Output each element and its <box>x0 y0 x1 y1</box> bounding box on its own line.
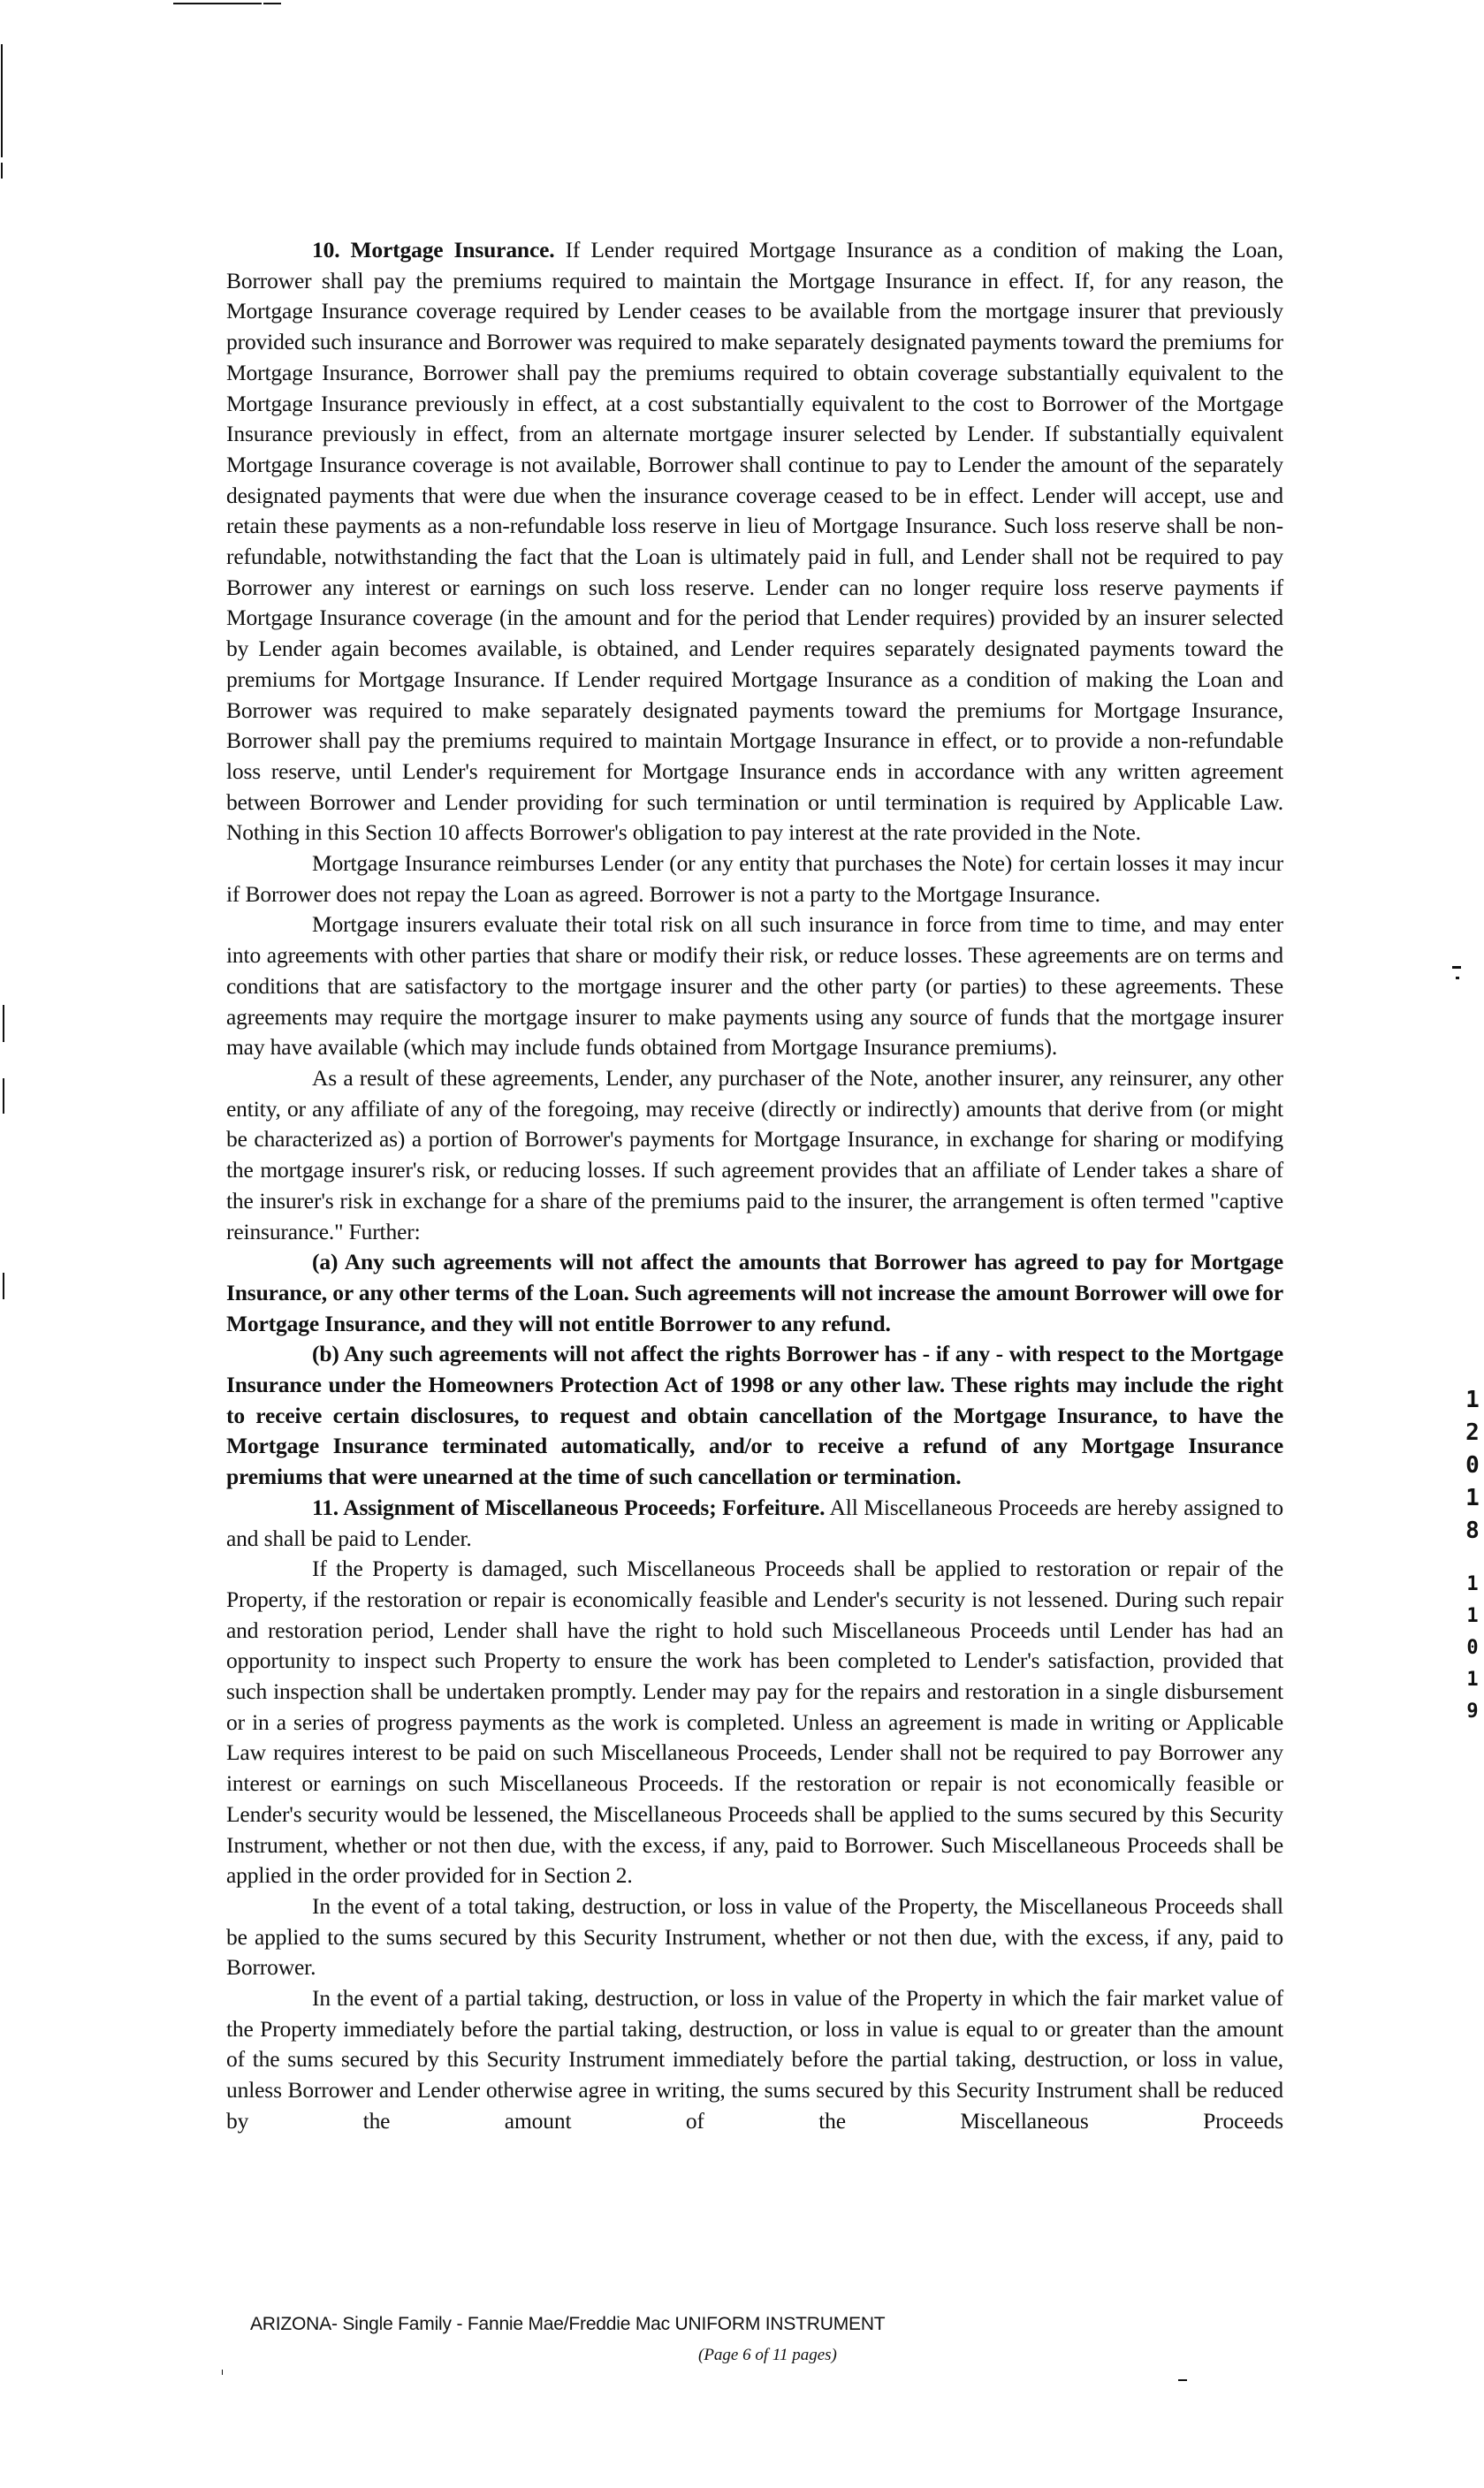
margin-stamp-upper: 1 2 0 1 8 <box>1463 1384 1482 1548</box>
stamp-digit: 8 <box>1463 1515 1482 1548</box>
paragraph-text: In the event of a partial taking, destru… <box>226 1985 1283 2134</box>
paragraph-property-damaged: If the Property is damaged, such Miscell… <box>226 1554 1283 1891</box>
stamp-digit: 1 <box>1463 1384 1482 1417</box>
section-10-heading: 10. Mortgage Insurance. <box>312 237 555 262</box>
paragraph-partial-taking: In the event of a partial taking, destru… <box>226 1983 1283 2137</box>
paragraph-insurers-evaluate: Mortgage insurers evaluate their total r… <box>226 909 1283 1063</box>
paragraph-text: Mortgage Insurance reimburses Lender (or… <box>226 850 1283 907</box>
paragraph-total-taking: In the event of a total taking, destruct… <box>226 1891 1283 1983</box>
margin-stamp-lower: 1 1 0 1 9 <box>1463 1569 1482 1728</box>
document-body: 10. Mortgage Insurance. If Lender requir… <box>226 235 1283 2137</box>
paragraph-mi-reimburses: Mortgage Insurance reimburses Lender (or… <box>226 848 1283 909</box>
footer-form-name: ARIZONA- Single Family - Fannie Mae/Fred… <box>250 2314 885 2335</box>
scan-line-top <box>173 3 262 4</box>
stamp-digit: 9 <box>1463 1696 1482 1728</box>
section-11-heading: 11. Assignment of Miscellaneous Proceeds… <box>312 1495 825 1520</box>
document-page: 10. Mortgage Insurance. If Lender requir… <box>0 0 1484 2488</box>
scan-edge-left-4 <box>3 1078 4 1114</box>
stamp-digit: 1 <box>1463 1601 1482 1632</box>
paragraph-section-11: 11. Assignment of Miscellaneous Proceeds… <box>226 1493 1283 1554</box>
stamp-digit: 1 <box>1463 1664 1482 1696</box>
footer-page-number: (Page 6 of 11 pages) <box>698 2346 837 2365</box>
scan-line-top-dash <box>263 3 281 4</box>
scan-edge-left-3 <box>3 1005 4 1042</box>
stamp-digit: 1 <box>1463 1569 1482 1601</box>
stamp-digit: 1 <box>1463 1482 1482 1515</box>
stamp-digit: 0 <box>1463 1632 1482 1664</box>
stamp-digit: 0 <box>1463 1449 1482 1482</box>
paragraph-clause-a: (a) Any such agreements will not affect … <box>226 1247 1283 1339</box>
scan-edge-left-2 <box>1 163 3 179</box>
paragraph-text: If Lender required Mortgage Insurance as… <box>226 237 1283 845</box>
paragraph-text: If the Property is damaged, such Miscell… <box>226 1556 1283 1888</box>
paragraph-text: Mortgage insurers evaluate their total r… <box>226 911 1283 1060</box>
scan-speck-footer-2 <box>1178 2379 1187 2381</box>
paragraph-clause-b: (b) Any such agreements will not affect … <box>226 1339 1283 1493</box>
scan-edge-left <box>1 44 3 157</box>
scan-speck-right-2 <box>1456 977 1459 979</box>
paragraph-text: As a result of these agreements, Lender,… <box>226 1065 1283 1244</box>
paragraph-as-a-result: As a result of these agreements, Lender,… <box>226 1063 1283 1247</box>
paragraph-text: (b) Any such agreements will not affect … <box>226 1341 1283 1489</box>
scan-edge-left-5 <box>3 1273 4 1299</box>
scan-speck-footer <box>222 2370 223 2375</box>
paragraph-text: (a) Any such agreements will not affect … <box>226 1249 1283 1335</box>
stamp-digit: 2 <box>1463 1417 1482 1449</box>
paragraph-text: In the event of a total taking, destruct… <box>226 1893 1283 1980</box>
scan-speck-right <box>1452 966 1461 969</box>
paragraph-section-10: 10. Mortgage Insurance. If Lender requir… <box>226 235 1283 848</box>
